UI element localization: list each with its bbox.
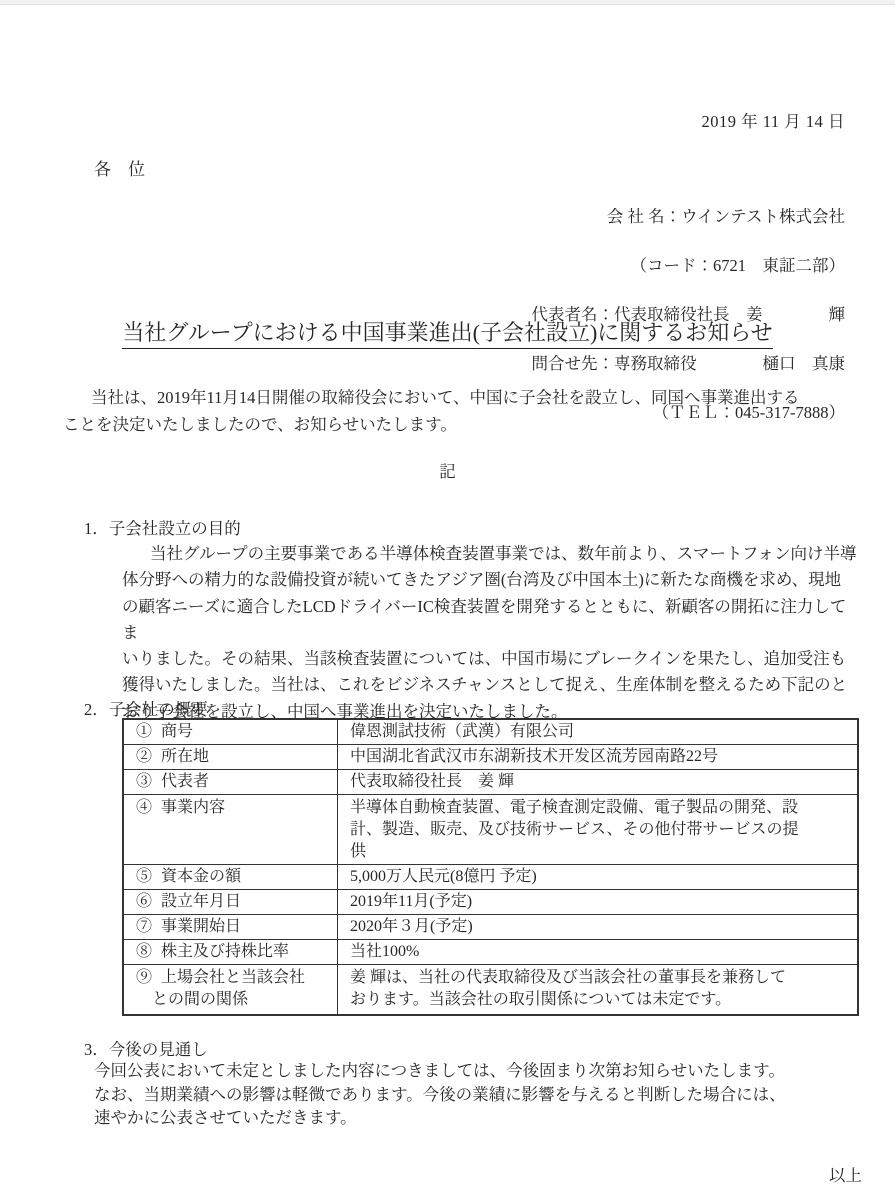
section-1-heading: 1．子会社設立の目的 <box>84 515 241 539</box>
recipient-line: 各 位 <box>94 155 145 180</box>
intro-paragraph: 当社は、2019年11月14日開催の取締役会において、中国に子会社を設立し、同国… <box>63 384 859 438</box>
table-row: ③ 代表者 代表取締役社長 姜 輝 <box>123 770 858 795</box>
company-name-line: 会 社 名：ウインテスト株式会社 <box>532 205 846 230</box>
record-marker: 記 <box>0 458 895 482</box>
table-value-cell: 代表取締役社長 姜 輝 <box>338 770 859 795</box>
subsidiary-overview-table: ① 商号 偉恩測試技術（武漢）有限公司 ② 所在地 中国湖北省武汉市东湖新技术开… <box>122 718 859 1016</box>
table-label-cell: ⑤ 資本金の額 <box>123 865 338 890</box>
table-row: ⑤ 資本金の額 5,000万人民元(8億円 予定) <box>123 865 858 890</box>
section-1-body: 当社グループの主要事業である半導体検査装置事業では、数年前より、スマートフォン向… <box>122 541 862 725</box>
table-row: ① 商号 偉恩測試技術（武漢）有限公司 <box>123 719 858 745</box>
table-label-cell: ⑨ 上場会社と当該会社 との間の関係 <box>123 965 338 1015</box>
table-row: ⑦ 事業開始日 2020年３月(予定) <box>123 915 858 940</box>
table-label-cell: ④ 事業内容 <box>123 795 338 865</box>
contact-line: 問合せ先：専務取締役 樋口 真康 <box>532 352 846 377</box>
table-label-cell: ③ 代表者 <box>123 770 338 795</box>
table-value-cell: 中国湖北省武汉市东湖新技术开发区流芳园南路22号 <box>338 745 859 770</box>
table-label-cell: ⑦ 事業開始日 <box>123 915 338 940</box>
date-line: 2019 年 11 月 14 日 <box>701 108 845 132</box>
table-row: ⑧ 株主及び持株比率 当社100% <box>123 940 858 965</box>
table-row: ⑨ 上場会社と当該会社 との間の関係 姜 輝は、当社の代表取締役及び当該会社の董… <box>123 965 858 1015</box>
section-3-heading: 3．今後の見通し <box>84 1036 208 1060</box>
table-value-cell: 5,000万人民元(8億円 予定) <box>338 865 859 890</box>
table-label-cell: ⑥ 設立年月日 <box>123 890 338 915</box>
table-value-cell: 半導体自動検査装置、電子検査測定設備、電子製品の開発、設 計、製造、販売、及び技… <box>338 795 859 865</box>
document-title: 当社グループにおける中国事業進出(子会社設立)に関するお知らせ <box>0 316 895 347</box>
table-value-cell: 2019年11月(予定) <box>338 890 859 915</box>
table-value-cell: 偉恩測試技術（武漢）有限公司 <box>338 719 859 745</box>
table-value-cell: 姜 輝は、当社の代表取締役及び当該会社の董事長を兼務して おります。当該会社の取… <box>338 965 859 1015</box>
table-value-cell: 2020年３月(予定) <box>338 915 859 940</box>
table-row: ② 所在地 中国湖北省武汉市东湖新技术开发区流芳园南路22号 <box>123 745 858 770</box>
section-3-body: 今回公表において未定としました内容につきましては、今後固まり次第お知らせいたしま… <box>94 1059 874 1130</box>
table-label-cell: ② 所在地 <box>123 745 338 770</box>
table-row: ④ 事業内容 半導体自動検査装置、電子検査測定設備、電子製品の開発、設 計、製造… <box>123 795 858 865</box>
table-row: ⑥ 設立年月日 2019年11月(予定) <box>123 890 858 915</box>
document-page: 2019 年 11 月 14 日 各 位 会 社 名：ウインテスト株式会社 （コ… <box>0 0 895 1200</box>
closing-marker: 以上 <box>829 1162 862 1186</box>
stock-code-line: （コード：6721 東証二部） <box>532 254 846 279</box>
section-2-heading: 2．子会社の概要 <box>84 696 208 720</box>
table-label-cell: ⑧ 株主及び持株比率 <box>123 940 338 965</box>
table-label-cell: ① 商号 <box>123 719 338 745</box>
page-top-border <box>0 0 895 5</box>
table-value-cell: 当社100% <box>338 940 859 965</box>
